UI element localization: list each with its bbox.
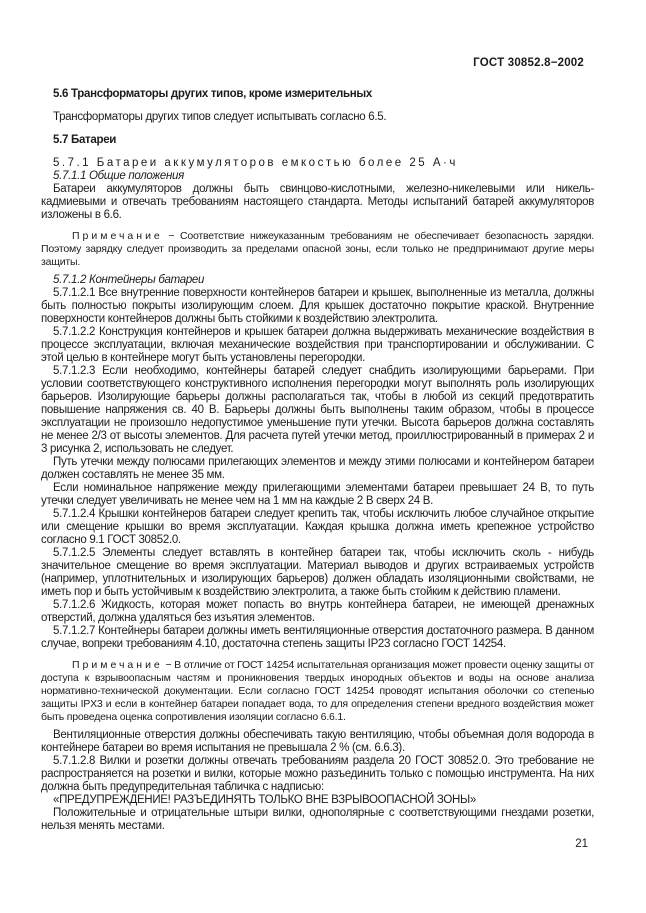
paragraph-5-7-1-2-3: 5.7.1.2.3 Если необходимо, контейнеры ба… bbox=[41, 365, 594, 456]
page-number: 21 bbox=[575, 838, 588, 850]
paragraph-plug-pins: Положительные и отрицательные штыри вилк… bbox=[41, 807, 594, 833]
note-charging: Примечание − Соответствие нижеуказанным … bbox=[41, 230, 594, 269]
document-page: ГОСТ 30852.8−2002 5.6 Трансформаторы дру… bbox=[0, 0, 646, 913]
note-label: Примечание bbox=[72, 230, 163, 242]
paragraph-5-7-1-2-5: 5.7.1.2.5 Элементы следует вставлять в к… bbox=[41, 547, 594, 599]
note-ip-protection: Примечание − В отличие от ГОСТ 14254 исп… bbox=[41, 659, 594, 724]
document-body: 5.6 Трансформаторы других типов, кроме и… bbox=[41, 88, 594, 833]
paragraph-5-7-1-2-2: 5.7.1.2.2 Конструкция контейнеров и крыш… bbox=[41, 326, 594, 365]
paragraph-transformers: Трансформаторы других типов следует испы… bbox=[41, 111, 594, 124]
note-label: Примечание bbox=[72, 659, 163, 671]
paragraph-5-7-1-2-8: 5.7.1.2.8 Вилки и розетки должны отвечат… bbox=[41, 755, 594, 794]
paragraph-warning-label: «ПРЕДУПРЕЖДЕНИЕ! РАЗЪЕДИНЯТЬ ТОЛЬКО ВНЕ … bbox=[41, 794, 594, 807]
standard-designation: ГОСТ 30852.8−2002 bbox=[473, 57, 584, 69]
paragraph-ventilation: Вентиляционные отверстия должны обеспечи… bbox=[41, 729, 594, 755]
paragraph-5-7-1-2-6: 5.7.1.2.6 Жидкость, которая может попаст… bbox=[41, 599, 594, 625]
paragraph-5-7-1-2-1: 5.7.1.2.1 Все внутренние поверхности кон… bbox=[41, 287, 594, 326]
section-heading-5-6: 5.6 Трансформаторы других типов, кроме и… bbox=[41, 88, 594, 101]
clause-heading-5-7-1-1: 5.7.1.1 Общие положения bbox=[41, 170, 594, 183]
paragraph-leakage-path: Путь утечки между полюсами прилегающих э… bbox=[41, 456, 594, 482]
clause-heading-5-7-1-2: 5.7.1.2 Контейнеры батареи bbox=[41, 274, 594, 287]
paragraph-battery-types: Батареи аккумуляторов должны быть свинцо… bbox=[41, 183, 594, 222]
paragraph-5-7-1-2-7: 5.7.1.2.7 Контейнеры батареи должны имет… bbox=[41, 625, 594, 651]
paragraph-5-7-1-2-4: 5.7.1.2.4 Крышки контейнеров батареи сле… bbox=[41, 508, 594, 547]
subsection-heading-5-7-1: 5.7.1 Батареи аккумуляторов емкостью бол… bbox=[41, 157, 594, 170]
paragraph-voltage-leakage: Если номинальное напряжение между прилег… bbox=[41, 482, 594, 508]
section-heading-5-7: 5.7 Батареи bbox=[41, 134, 594, 147]
